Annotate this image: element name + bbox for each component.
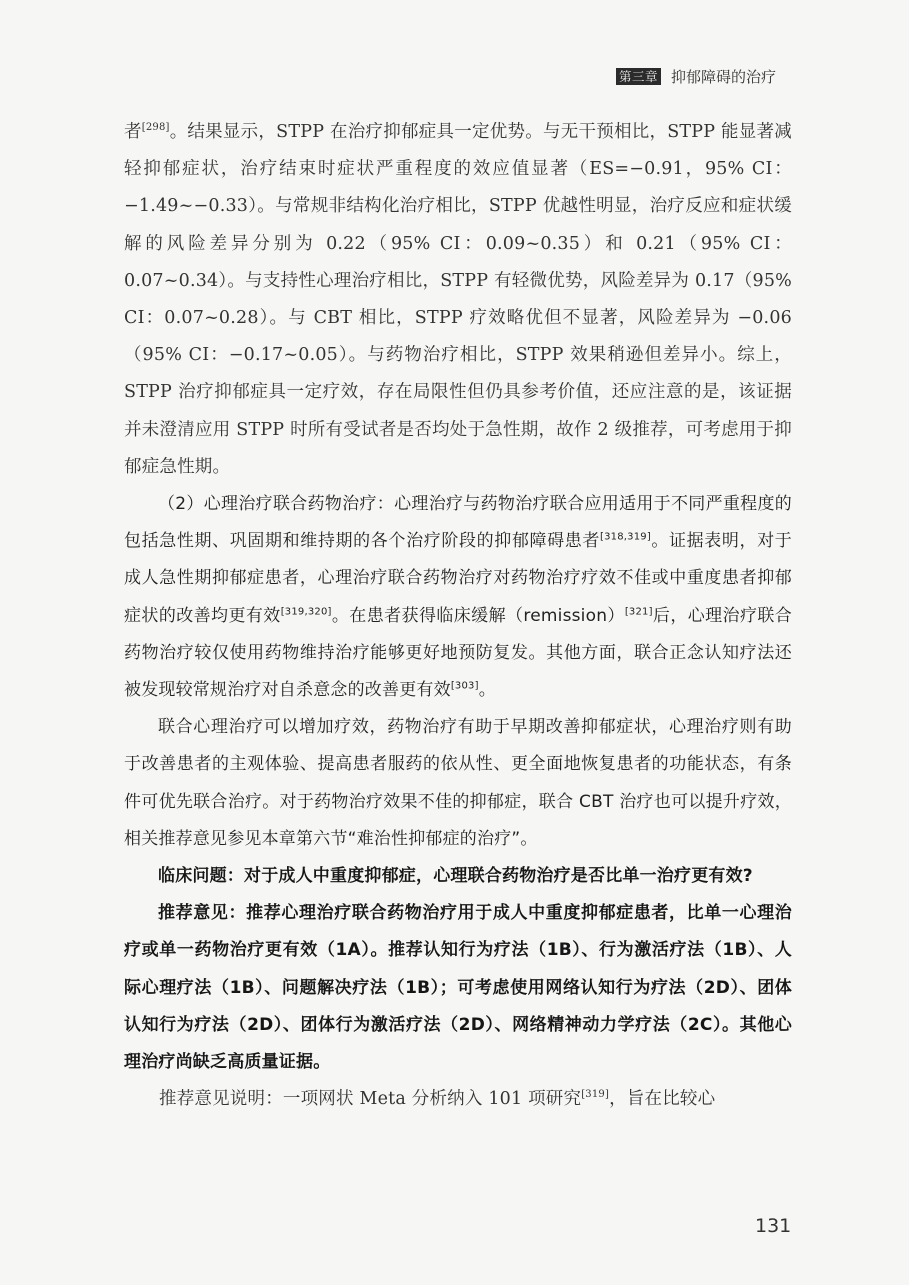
citation-reference: [319,320] — [281, 606, 332, 617]
citation-reference: [298] — [142, 122, 170, 133]
text-run: 者 — [124, 122, 142, 142]
text-run: 。 — [479, 680, 496, 700]
page-number: 131 — [755, 1215, 791, 1237]
text-run: 推荐意见说明：一项网状 Meta 分析纳入 101 项研究 — [159, 1089, 581, 1109]
text-run: 临床问题：对于成人中重度抑郁症，心理联合药物治疗是否比单一治疗更有效? — [158, 866, 753, 886]
citation-reference: [318,319] — [600, 532, 651, 543]
text-run: 联合心理治疗可以增加疗效，药物治疗有助于早期改善抑郁症状，心理治疗则有助于改善患… — [124, 717, 792, 849]
text-run: ，旨在比较心 — [609, 1089, 715, 1109]
paragraph: 者[298]。结果显示，STPP 在治疗抑郁症具一定优势。与无干预相比，STPP… — [124, 114, 792, 486]
text-run: 。在患者获得临床缓解（remission） — [332, 606, 625, 626]
chapter-title: 抑郁障碍的治疗 — [671, 66, 776, 87]
paragraph: 推荐意见：推荐心理治疗联合药物治疗用于成人中重度抑郁症患者，比单一心理治疗或单一… — [124, 895, 792, 1081]
running-header: 第三章 抑郁障碍的治疗 — [616, 66, 776, 87]
paragraph: 推荐意见说明：一项网状 Meta 分析纳入 101 项研究[319]，旨在比较心 — [124, 1081, 792, 1118]
citation-reference: [321] — [625, 606, 653, 617]
text-run: 推荐意见：推荐心理治疗联合药物治疗用于成人中重度抑郁症患者，比单一心理治疗或单一… — [124, 903, 792, 1072]
chapter-badge: 第三章 — [616, 68, 661, 85]
body-text: 者[298]。结果显示，STPP 在治疗抑郁症具一定优势。与无干预相比，STPP… — [124, 114, 792, 1118]
text-run: 。结果显示，STPP 在治疗抑郁症具一定优势。与无干预相比，STPP 能显著减轻… — [124, 122, 792, 477]
paragraph: 联合心理治疗可以增加疗效，药物治疗有助于早期改善抑郁症状，心理治疗则有助于改善患… — [124, 709, 792, 858]
paragraph: 临床问题：对于成人中重度抑郁症，心理联合药物治疗是否比单一治疗更有效? — [124, 858, 792, 895]
book-page: 第三章 抑郁障碍的治疗 者[298]。结果显示，STPP 在治疗抑郁症具一定优势… — [0, 0, 909, 1285]
paragraph: （2）心理治疗联合药物治疗：心理治疗与药物治疗联合应用适用于不同严重程度的包括急… — [124, 486, 792, 709]
citation-reference: [319] — [581, 1089, 609, 1100]
citation-reference: [303] — [451, 680, 479, 691]
